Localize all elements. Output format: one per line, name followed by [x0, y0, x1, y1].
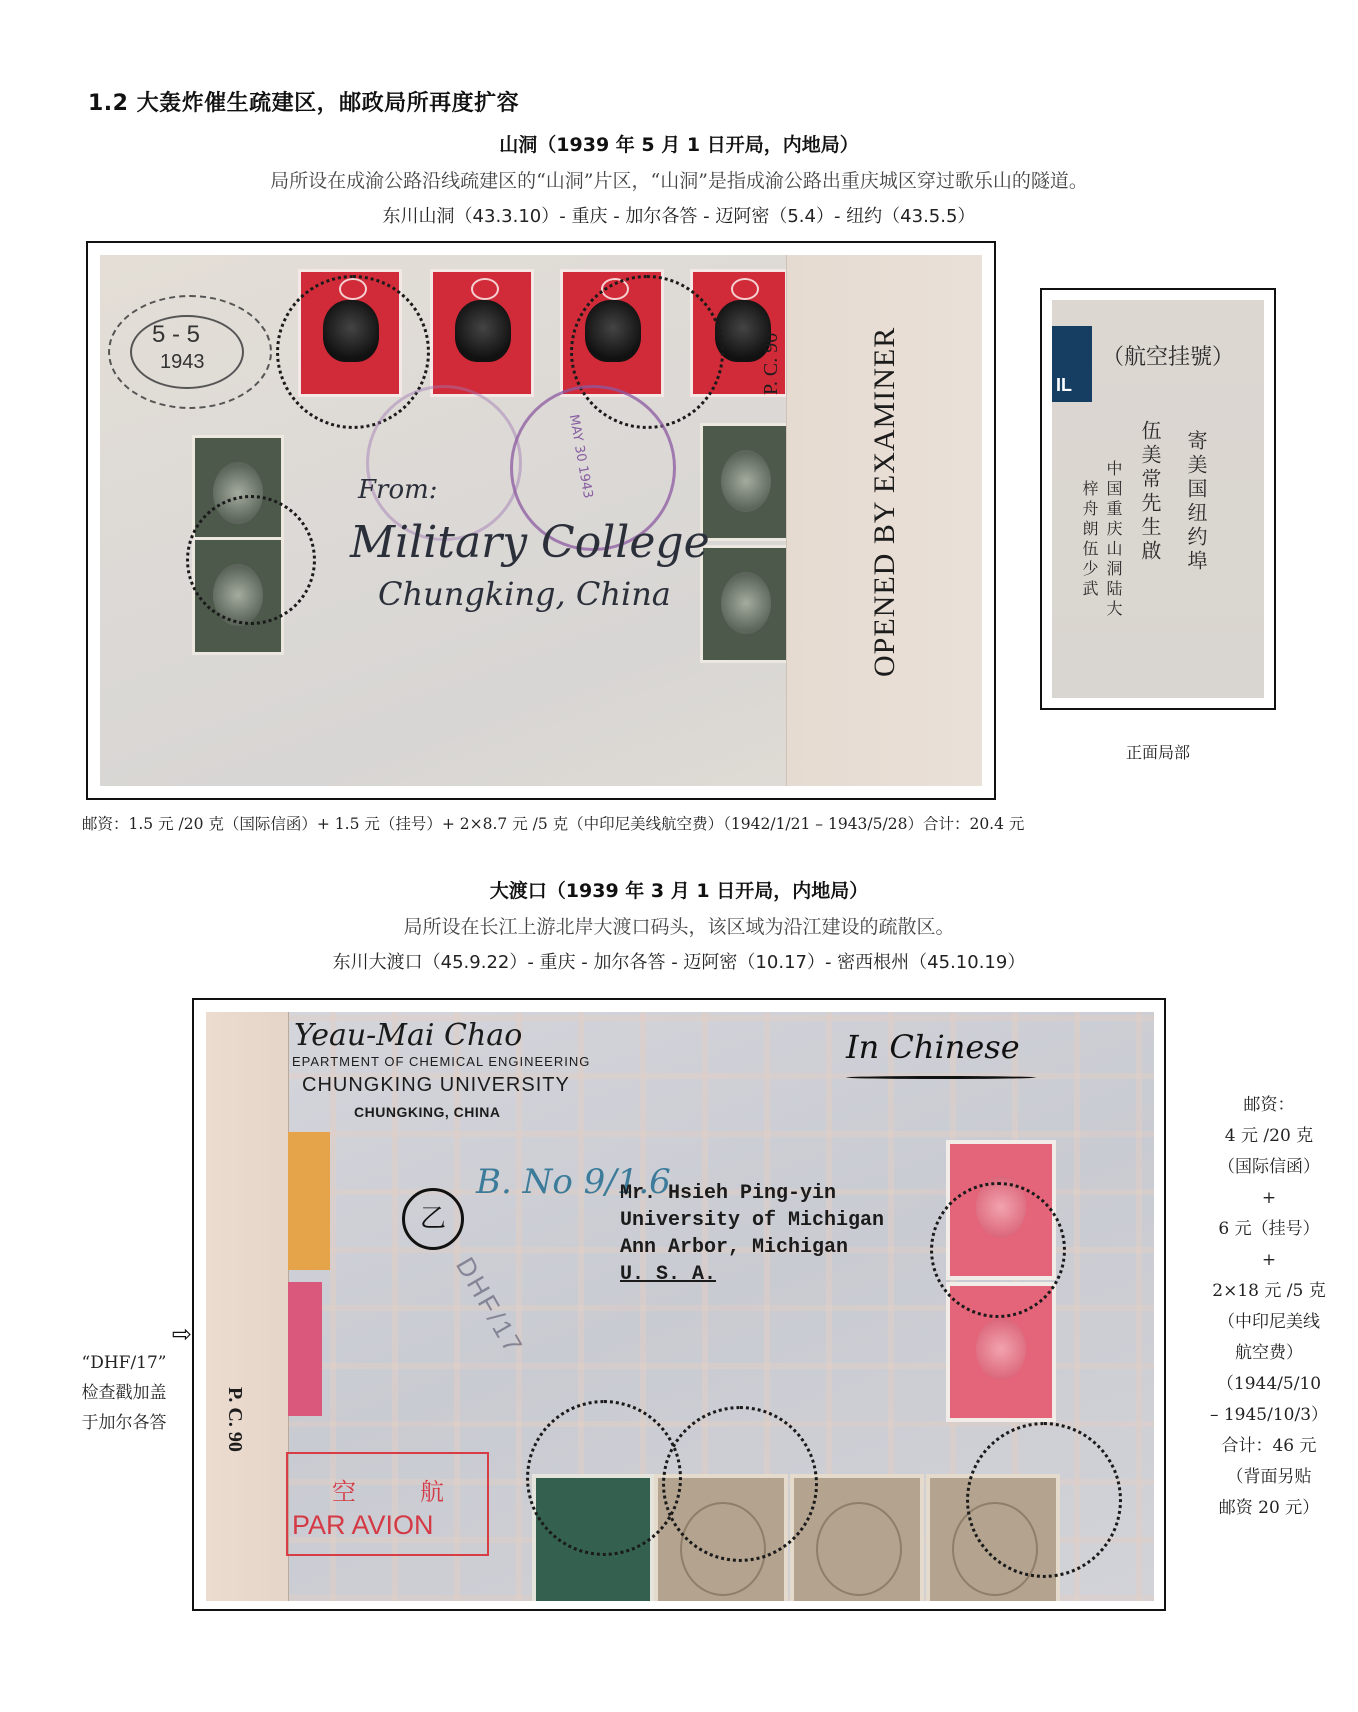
section-title: 1.2 大轰炸催生疏建区，邮政局所再度扩容	[88, 86, 519, 117]
postage-line: 邮资 20 元）	[1180, 1493, 1358, 1524]
par-avion-label: 空 航 PAR AVION	[286, 1452, 489, 1556]
censor-label: OPENED BY EXAMINER	[868, 327, 902, 677]
handwriting-address-col4: 梓舟朗伍少武	[1078, 480, 1101, 600]
stamp-orange	[288, 1132, 330, 1270]
address-line: Ann Arbor, Michigan	[620, 1234, 884, 1261]
dhf17-censor-mark: DHF/17	[449, 1252, 530, 1361]
censor-number: P. C. 90	[223, 1387, 246, 1452]
backstamp-year: 1943	[160, 351, 205, 374]
letterhead-city: CHUNGKING, CHINA	[354, 1104, 500, 1120]
postage-line: （中印尼美线	[1180, 1307, 1358, 1338]
note-in-chinese: In Chinese	[846, 1028, 1020, 1066]
postage-line: （1944/5/10	[1180, 1369, 1358, 1400]
airmail-cn-1: 空	[332, 1472, 356, 1507]
handwriting-address-col2: 伍美常先生啟	[1136, 420, 1165, 564]
cover1-frame: 5 - 5 1943 MAY 30 1943 From: Military Co…	[86, 241, 996, 800]
postmark-cancel	[930, 1182, 1066, 1318]
wavy-underline	[846, 1076, 1036, 1079]
address-line: Mr. Hsieh Ping-yin	[620, 1180, 884, 1207]
dadukou-postmark	[966, 1422, 1122, 1578]
postage-line: +	[1180, 1183, 1358, 1214]
address-line: U. S. A.	[620, 1261, 884, 1288]
cover1-front-inset-frame: IL （航空挂號） 寄美国纽约埠 伍美常先生啟 中国重庆山洞陆大 梓舟朗伍少武	[1040, 288, 1276, 710]
handwriting-address-col3: 中国重庆山洞陆大	[1102, 460, 1125, 620]
postage-line: – 1945/10/3）	[1180, 1400, 1358, 1431]
letterhead-university: CHUNGKING UNIVERSITY	[302, 1074, 570, 1097]
recipient-address: Mr. Hsieh Ping-yin University of Michiga…	[620, 1180, 884, 1288]
circled-mark: 乙	[402, 1188, 464, 1250]
censor-number: P. C. 90	[760, 333, 783, 395]
postage-line: 航空费）	[1180, 1338, 1358, 1369]
stamp-green-10fen	[700, 423, 790, 541]
handwriting-airmail-registered: （航空挂號）	[1102, 340, 1234, 371]
airmail-cn-2: 航	[420, 1472, 444, 1507]
letterhead-department: EPARTMENT OF CHEMICAL ENGINEERING	[292, 1054, 590, 1069]
office2-description: 局所设在长江上游北岸大渡口码头，该区域为沿江建设的疏散区。	[0, 912, 1358, 939]
office1-postage: 邮资：1.5 元 /20 克（国际信函）+ 1.5 元（挂号）+ 2×8.7 元…	[82, 812, 1322, 834]
handwriting-address-col1: 寄美国纽约埠	[1182, 430, 1211, 574]
dhf17-side-note: ⇨ “DHF/17” 检查戳加盖 于加尔各答	[40, 1320, 208, 1438]
postage-line: 邮资：	[1180, 1090, 1358, 1121]
backstamp-date: 5 - 5	[152, 321, 200, 349]
cover2-frame: P. C. 90 Yeau-Mai Chao EPARTMENT OF CHEM…	[192, 998, 1166, 1611]
side-note-line: 检查戳加盖	[40, 1378, 208, 1408]
postage-line: （背面另贴	[1180, 1462, 1358, 1493]
dadukou-postmark	[526, 1400, 682, 1556]
office2-title: 大渡口（1939 年 3 月 1 日开局，内地局）	[0, 876, 1358, 903]
postage-line: （国际信函）	[1180, 1152, 1358, 1183]
sender-from: From:	[358, 475, 438, 505]
postage-line: 2×18 元 /5 克	[1180, 1276, 1358, 1307]
censor-tape	[206, 1012, 289, 1601]
side-note-line: “DHF/17”	[40, 1348, 208, 1378]
postage-line: 4 元 /20 克	[1180, 1121, 1358, 1152]
postage-line: 合计：46 元	[1180, 1431, 1358, 1462]
stamp-pink	[288, 1282, 322, 1416]
stamp-red-5yuan	[430, 269, 534, 397]
office1-title: 山洞（1939 年 5 月 1 日开局，内地局）	[0, 130, 1358, 157]
inset-caption: 正面局部	[1040, 740, 1276, 763]
postage-line: +	[1180, 1245, 1358, 1276]
sender-city: Chungking, China	[378, 575, 671, 613]
office1-description: 局所设在成渝公路沿线疏建区的“山洞”片区，“山洞”是指成渝公路出重庆城区穿过歌乐…	[0, 166, 1358, 193]
cover2-image: P. C. 90 Yeau-Mai Chao EPARTMENT OF CHEM…	[206, 1012, 1154, 1601]
cover1-image: 5 - 5 1943 MAY 30 1943 From: Military Co…	[100, 255, 982, 786]
sender-name: Military College	[350, 517, 710, 568]
cover1-front-inset: IL （航空挂號） 寄美国纽约埠 伍美常先生啟 中国重庆山洞陆大 梓舟朗伍少武	[1052, 300, 1264, 698]
side-note-line: 于加尔各答	[40, 1408, 208, 1438]
arrow-right-icon: ⇨	[40, 1320, 208, 1348]
stamp-green-10fen	[700, 545, 790, 663]
office2-route: 东川大渡口（45.9.22）- 重庆 - 加尔各答 - 迈阿密（10.17）- …	[0, 948, 1358, 974]
dadukou-postmark	[662, 1406, 818, 1562]
postage-line: 6 元（挂号）	[1180, 1214, 1358, 1245]
airmail-label: IL	[1052, 326, 1092, 402]
address-line: University of Michigan	[620, 1207, 884, 1234]
postmark-cancel	[186, 495, 316, 625]
sender-signature: Yeau-Mai Chao	[294, 1018, 522, 1053]
office2-postage: 邮资：4 元 /20 克（国际信函）+6 元（挂号）+2×18 元 /5 克（中…	[1180, 1090, 1358, 1524]
office1-route: 东川山洞（43.3.10）- 重庆 - 加尔各答 - 迈阿密（5.4）- 纽约（…	[0, 202, 1358, 228]
airmail-fr: PAR AVION	[292, 1510, 434, 1541]
